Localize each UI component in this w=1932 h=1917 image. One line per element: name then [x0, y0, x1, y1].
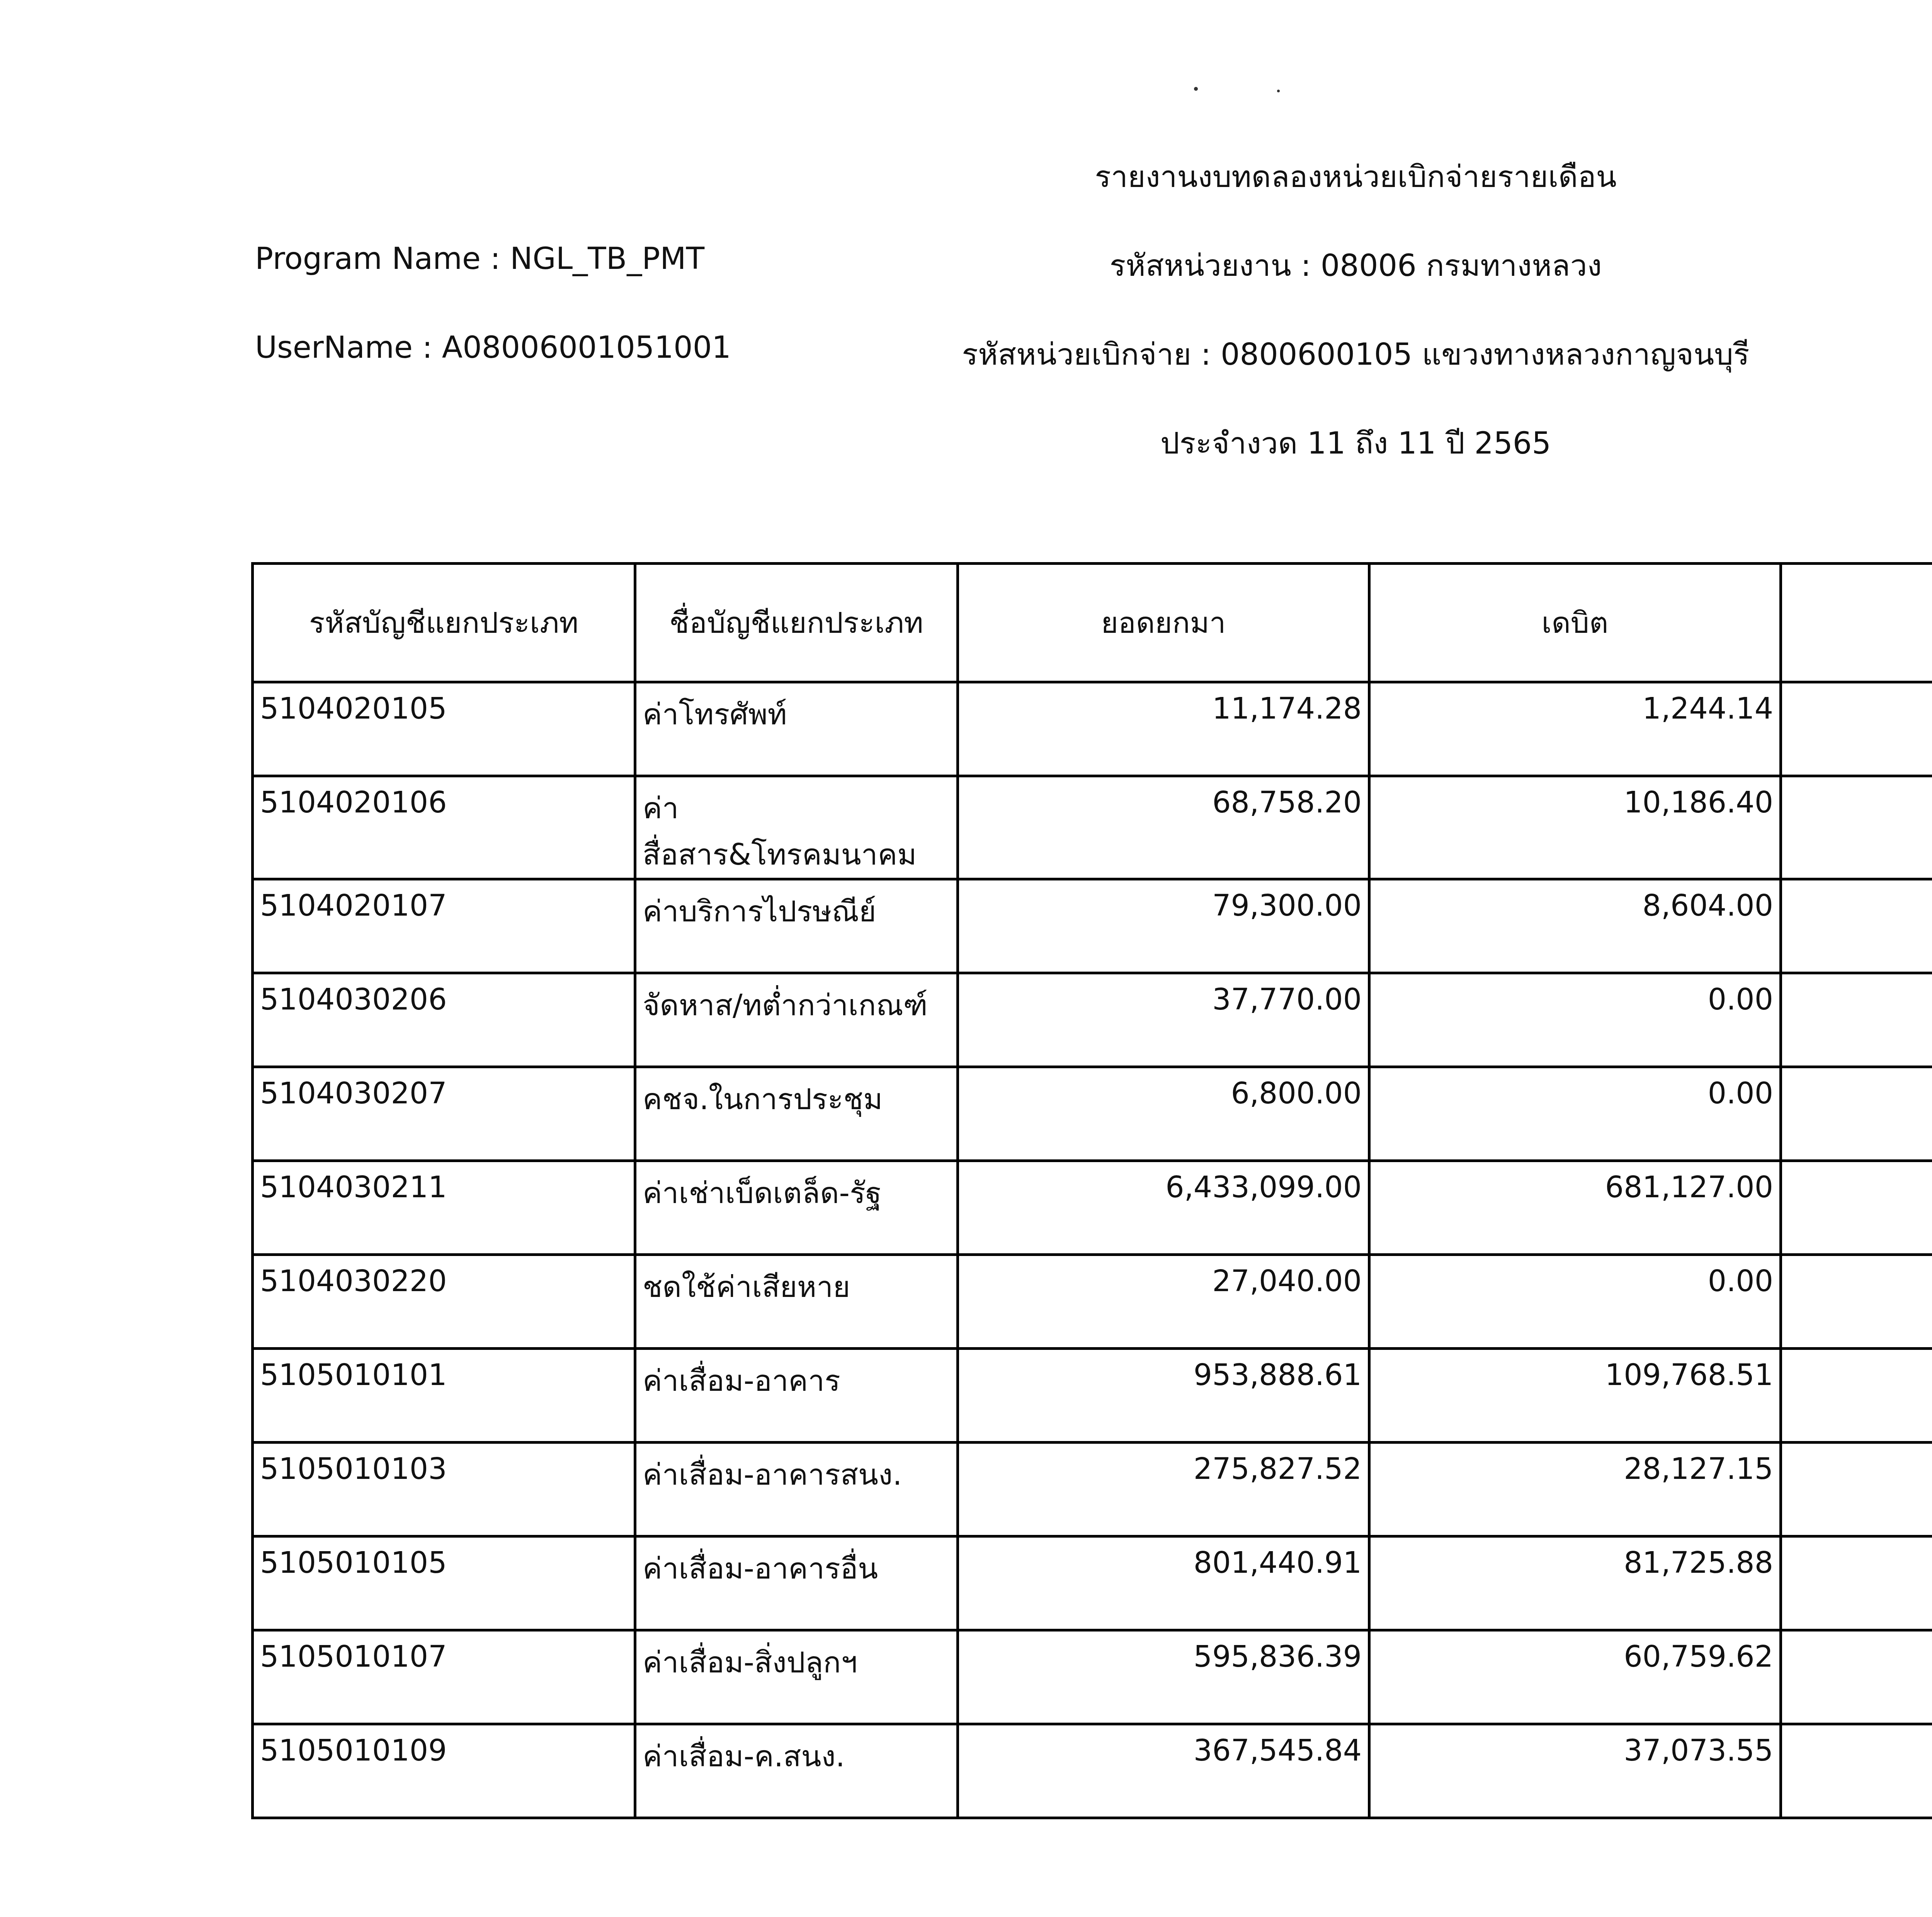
- header-credit: เครดิต: [1781, 564, 1932, 682]
- account-name-cell: ค่าบริการไปรษณีย์: [635, 879, 958, 973]
- brought-forward-cell: 595,836.39: [958, 1630, 1369, 1724]
- debit-cell: 109,768.51: [1369, 1349, 1781, 1443]
- header-brought-forward: ยอดยกมา: [958, 564, 1369, 682]
- debit-cell: 10,186.40: [1369, 776, 1781, 879]
- table-row: 5104020105ค่าโทรศัพท์11,174.281,244.140.…: [253, 682, 1932, 776]
- account-code-cell: 5105010101: [253, 1349, 635, 1443]
- table-row: 5104030220ชดใช้ค่าเสียหาย27,040.000.0027…: [253, 1255, 1932, 1349]
- debit-cell: 60,759.62: [1369, 1630, 1781, 1724]
- brought-forward-cell: 953,888.61: [958, 1349, 1369, 1443]
- table-row: 5105010103ค่าเสื่อม-อาคารสนง.275,827.522…: [253, 1443, 1932, 1536]
- credit-cell: 2,546.60-: [1781, 776, 1932, 879]
- credit-cell: 0.00: [1781, 1724, 1932, 1818]
- account-code-cell: 5105010109: [253, 1724, 635, 1818]
- account-name-cell: ค่าเสื่อม-สิ่งปลูกฯ: [635, 1630, 958, 1724]
- header-account-name: ชื่อบัญชีแยกประเภท: [635, 564, 958, 682]
- debit-cell: 1,244.14: [1369, 682, 1781, 776]
- table-row: 5104030206จัดหาส/ทต่ำกว่าเกณฑ์37,770.000…: [253, 973, 1932, 1067]
- account-name-cell: จัดหาส/ทต่ำกว่าเกณฑ์: [635, 973, 958, 1067]
- brought-forward-cell: 37,770.00: [958, 973, 1369, 1067]
- account-name-cell: ค่าโทรศัพท์: [635, 682, 958, 776]
- debit-cell: 0.00: [1369, 973, 1781, 1067]
- account-code-cell: 5104020106: [253, 776, 635, 879]
- table-row: 5105010107ค่าเสื่อม-สิ่งปลูกฯ595,836.396…: [253, 1630, 1932, 1724]
- brought-forward-cell: 79,300.00: [958, 879, 1369, 973]
- credit-cell: 0.00: [1781, 1067, 1932, 1161]
- debit-cell: 37,073.55: [1369, 1724, 1781, 1818]
- brought-forward-cell: 6,433,099.00: [958, 1161, 1369, 1255]
- account-code-cell: 5105010105: [253, 1536, 635, 1630]
- brought-forward-cell: 801,440.91: [958, 1536, 1369, 1630]
- account-code-cell: 5104030207: [253, 1067, 635, 1161]
- account-name-cell: คชจ.ในการประชุม: [635, 1067, 958, 1161]
- table-row: 5105010101ค่าเสื่อม-อาคาร953,888.61109,7…: [253, 1349, 1932, 1443]
- brought-forward-cell: 275,827.52: [958, 1443, 1369, 1536]
- table-header-row: รหัสบัญชีแยกประเภทชื่อบัญชีแยกประเภทยอดย…: [253, 564, 1932, 682]
- credit-cell: 0.00: [1781, 1536, 1932, 1630]
- brought-forward-cell: 68,758.20: [958, 776, 1369, 879]
- debit-cell: 8,604.00: [1369, 879, 1781, 973]
- debit-cell: 0.00: [1369, 1067, 1781, 1161]
- credit-cell: 0.00: [1781, 1161, 1932, 1255]
- brought-forward-cell: 6,800.00: [958, 1067, 1369, 1161]
- table-row: 5104030211ค่าเช่าเบ็ดเตล็ด-รัฐ6,433,099.…: [253, 1161, 1932, 1255]
- account-name-cell: ค่าเสื่อม-อาคารสนง.: [635, 1443, 958, 1536]
- scan-speck: [1194, 87, 1198, 91]
- account-name-cell: ค่าเสื่อม-อาคาร: [635, 1349, 958, 1443]
- table-row: 5104030207คชจ.ในการประชุม6,800.000.000.0…: [253, 1067, 1932, 1161]
- credit-cell: 0.00: [1781, 1630, 1932, 1724]
- account-name-cell: ชดใช้ค่าเสียหาย: [635, 1255, 958, 1349]
- scan-speck: [1277, 90, 1280, 92]
- credit-cell: 27,040.00-: [1781, 1255, 1932, 1349]
- account-code-cell: 5105010107: [253, 1630, 635, 1724]
- credit-cell: 0.00: [1781, 1349, 1932, 1443]
- report-period: ประจำงวด 11 ถึง 11 ปี 2565: [0, 419, 1932, 467]
- brought-forward-cell: 11,174.28: [958, 682, 1369, 776]
- brought-forward-cell: 27,040.00: [958, 1255, 1369, 1349]
- account-code-cell: 5104030220: [253, 1255, 635, 1349]
- table-body: 5104020105ค่าโทรศัพท์11,174.281,244.140.…: [253, 682, 1932, 1818]
- account-name-cell: ค่าสื่อสาร&โทรคมนาคม: [635, 776, 958, 879]
- debit-cell: 81,725.88: [1369, 1536, 1781, 1630]
- account-name-cell: ค่าเสื่อม-อาคารอื่น: [635, 1536, 958, 1630]
- account-code-cell: 5105010103: [253, 1443, 635, 1536]
- account-code-cell: 5104030206: [253, 973, 635, 1067]
- header-account-code: รหัสบัญชีแยกประเภท: [253, 564, 635, 682]
- header-debit: เดบิต: [1369, 564, 1781, 682]
- credit-cell: 0.00: [1781, 879, 1932, 973]
- debit-cell: 28,127.15: [1369, 1443, 1781, 1536]
- user-name: UserName : A08006001051001: [255, 330, 731, 365]
- brought-forward-cell: 367,545.84: [958, 1724, 1369, 1818]
- account-code-cell: 5104030211: [253, 1161, 635, 1255]
- account-name-cell: ค่าเช่าเบ็ดเตล็ด-รัฐ: [635, 1161, 958, 1255]
- table-row: 5105010109ค่าเสื่อม-ค.สนง.367,545.8437,0…: [253, 1724, 1932, 1818]
- credit-cell: 0.00: [1781, 973, 1932, 1067]
- trial-balance-table: รหัสบัญชีแยกประเภทชื่อบัญชีแยกประเภทยอดย…: [251, 562, 1932, 1819]
- credit-cell: 0.00: [1781, 1443, 1932, 1536]
- table-row: 5105010105ค่าเสื่อม-อาคารอื่น801,440.918…: [253, 1536, 1932, 1630]
- table-row: 5104020106ค่าสื่อสาร&โทรคมนาคม68,758.201…: [253, 776, 1932, 879]
- debit-cell: 0.00: [1369, 1255, 1781, 1349]
- account-code-cell: 5104020107: [253, 879, 635, 973]
- credit-cell: 0.00: [1781, 682, 1932, 776]
- debit-cell: 681,127.00: [1369, 1161, 1781, 1255]
- report-title: รายงานงบทดลองหน่วยเบิกจ่ายรายเดือน: [0, 153, 1932, 201]
- account-code-cell: 5104020105: [253, 682, 635, 776]
- table-row: 5104020107ค่าบริการไปรษณีย์79,300.008,60…: [253, 879, 1932, 973]
- account-name-cell: ค่าเสื่อม-ค.สนง.: [635, 1724, 958, 1818]
- program-name: Program Name : NGL_TB_PMT: [255, 241, 704, 276]
